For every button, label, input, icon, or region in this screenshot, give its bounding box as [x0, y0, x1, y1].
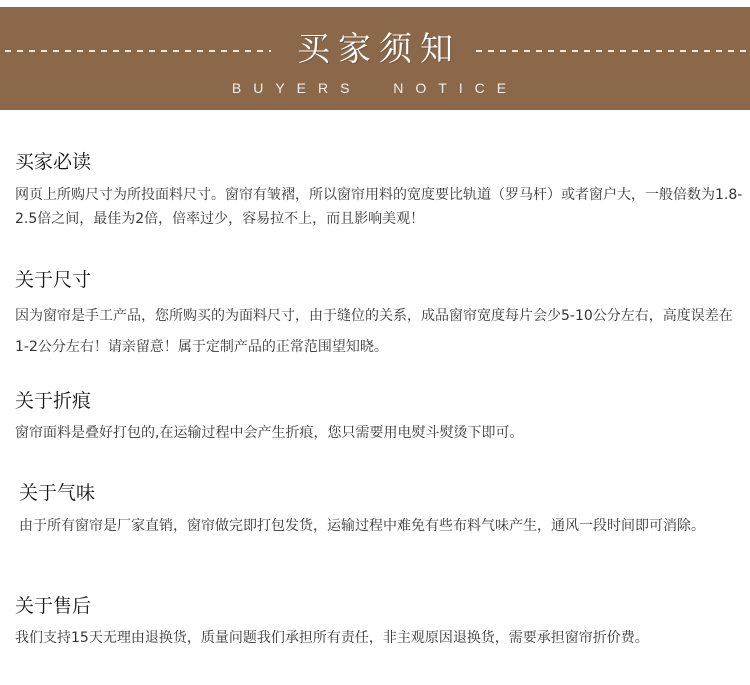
section-heading: 关于折痕	[15, 389, 743, 413]
decorative-dashed-line-right	[476, 50, 746, 52]
section-body: 我们支持15天无理由退换货，质量问题我们承担所有责任，非主观原因退换货，需要承担…	[15, 626, 743, 650]
section-about-size: 关于尺寸 因为窗帘是手工产品，您所购买的为面料尺寸，由于缝位的关系，成品窗帘宽度…	[15, 268, 743, 363]
section-about-odor: 关于气味 由于所有窗帘是厂家直销，窗帘做完即打包发货，运输过程中难免有些布料气味…	[19, 481, 747, 540]
section-body: 网页上所购尺寸为所投面料尺寸。窗帘有皱褶，所以窗帘用料的宽度要比轨道（罗马杆）或…	[15, 183, 743, 231]
section-heading: 关于售后	[15, 594, 743, 618]
buyers-notice-banner: 买家须知 BUYERS NOTICE	[0, 7, 750, 110]
decorative-dashed-line-left	[5, 50, 271, 52]
section-must-read: 买家必读 网页上所购尺寸为所投面料尺寸。窗帘有皱褶，所以窗帘用料的宽度要比轨道（…	[15, 150, 743, 231]
section-heading: 买家必读	[15, 150, 743, 174]
section-body: 窗帘面料是叠好打包的,在运输过程中会产生折痕，您只需要用电熨斗熨烫下即可。	[15, 421, 743, 445]
banner-title-english: BUYERS NOTICE	[200, 79, 550, 97]
section-about-creases: 关于折痕 窗帘面料是叠好打包的,在运输过程中会产生折痕，您只需要用电熨斗熨烫下即…	[15, 389, 743, 445]
section-after-sales: 关于售后 我们支持15天无理由退换货，质量问题我们承担所有责任，非主观原因退换货…	[15, 594, 743, 650]
section-heading: 关于尺寸	[15, 268, 743, 292]
banner-title-chinese: 买家须知	[280, 29, 470, 69]
section-heading: 关于气味	[19, 481, 747, 505]
section-body: 由于所有窗帘是厂家直销，窗帘做完即打包发货，运输过程中难免有些布料气味产生，通风…	[19, 513, 747, 540]
section-body: 因为窗帘是手工产品，您所购买的为面料尺寸，由于缝位的关系，成品窗帘宽度每片会少5…	[15, 301, 743, 363]
